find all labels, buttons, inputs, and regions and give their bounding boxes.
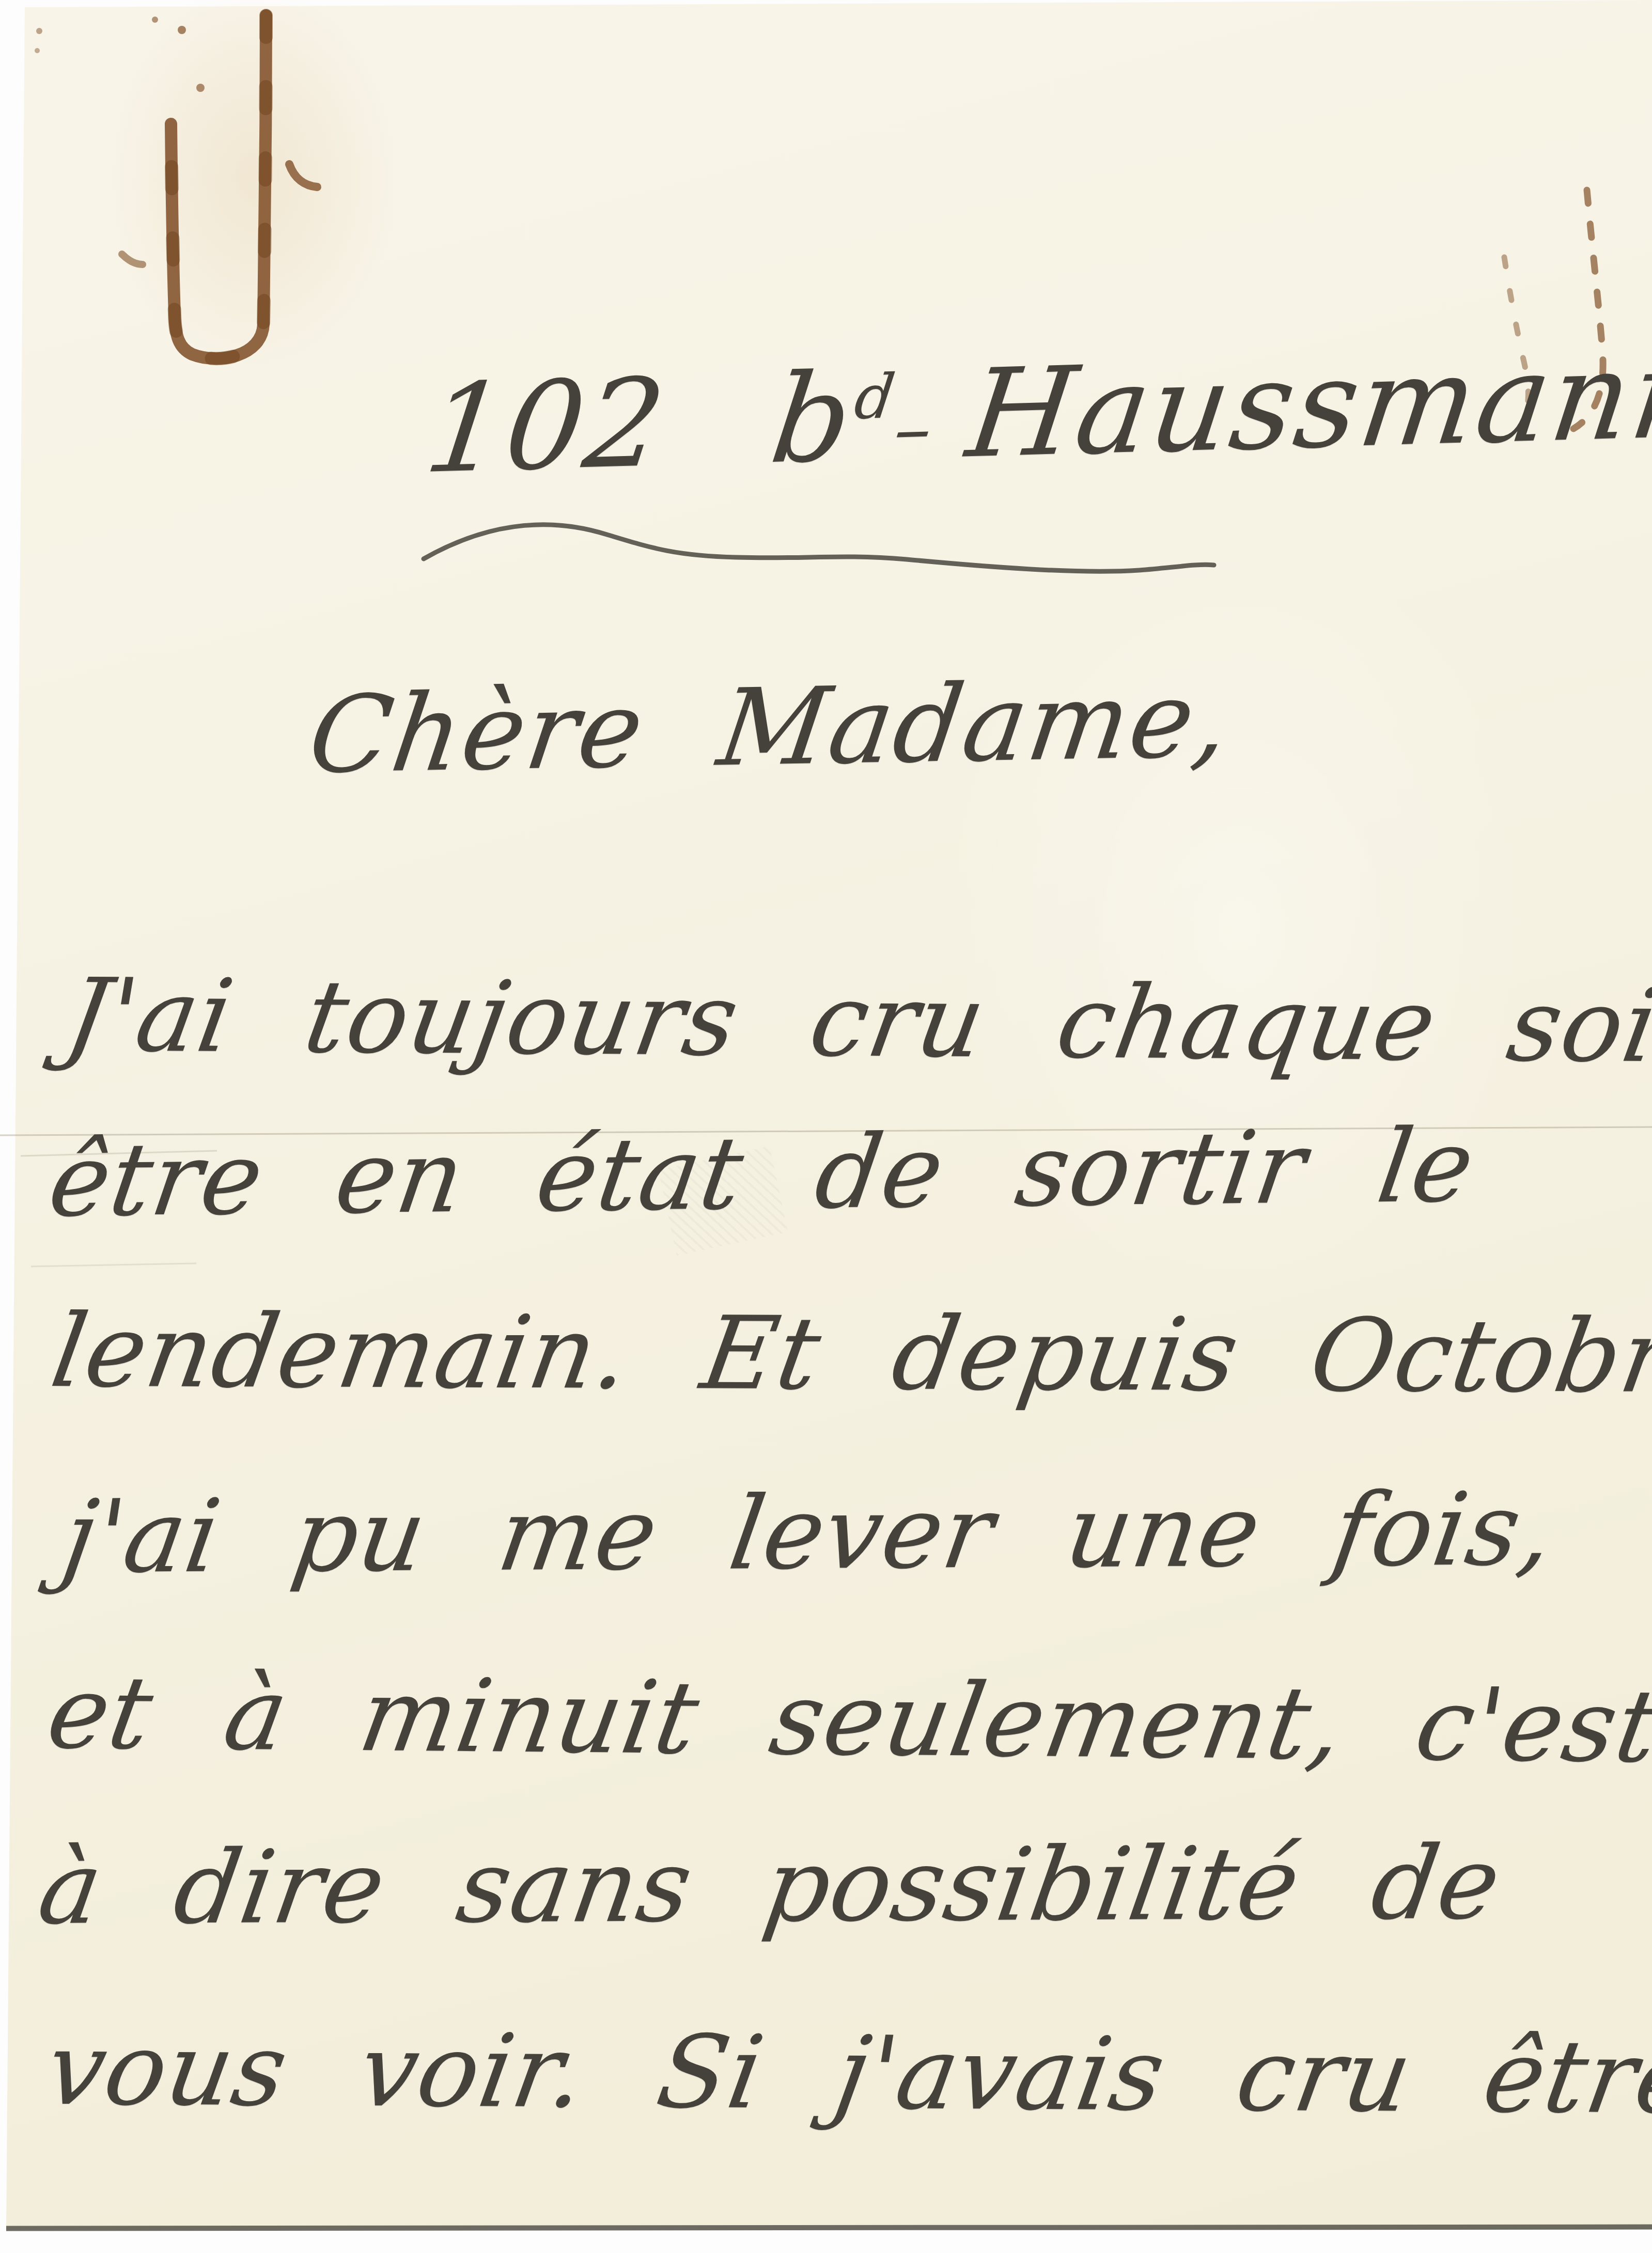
body-line-4: j'ai pu me lever une fois,	[55, 1470, 1562, 1595]
address-street-name: Haussmann	[960, 323, 1652, 486]
body-line-2: être en état de sortir le	[42, 1107, 1482, 1239]
body-line-1: J'ai toujours cru chaque soir	[58, 957, 1652, 1085]
salutation-line: Chère Madame,	[302, 658, 1238, 797]
address-dash: –	[890, 386, 939, 472]
address-number: 102	[418, 352, 674, 500]
address-street-abbrev: b	[763, 347, 862, 491]
body-line-6: à dire sans possibilité de	[32, 1824, 1509, 1947]
body-line-7: vous voir. Si j'avais cru être	[39, 2010, 1652, 2136]
body-line-3: lendemain. Et depuis Octobre	[44, 1292, 1652, 1415]
page-bottom-edge	[6, 2225, 1652, 2231]
address-street-abbrev-superscript: d	[851, 361, 901, 433]
scan-background: { "letter": { "address": { "number": "10…	[0, 0, 1652, 2253]
body-line-5: et à minuit seulement, c'est	[40, 1654, 1652, 1785]
